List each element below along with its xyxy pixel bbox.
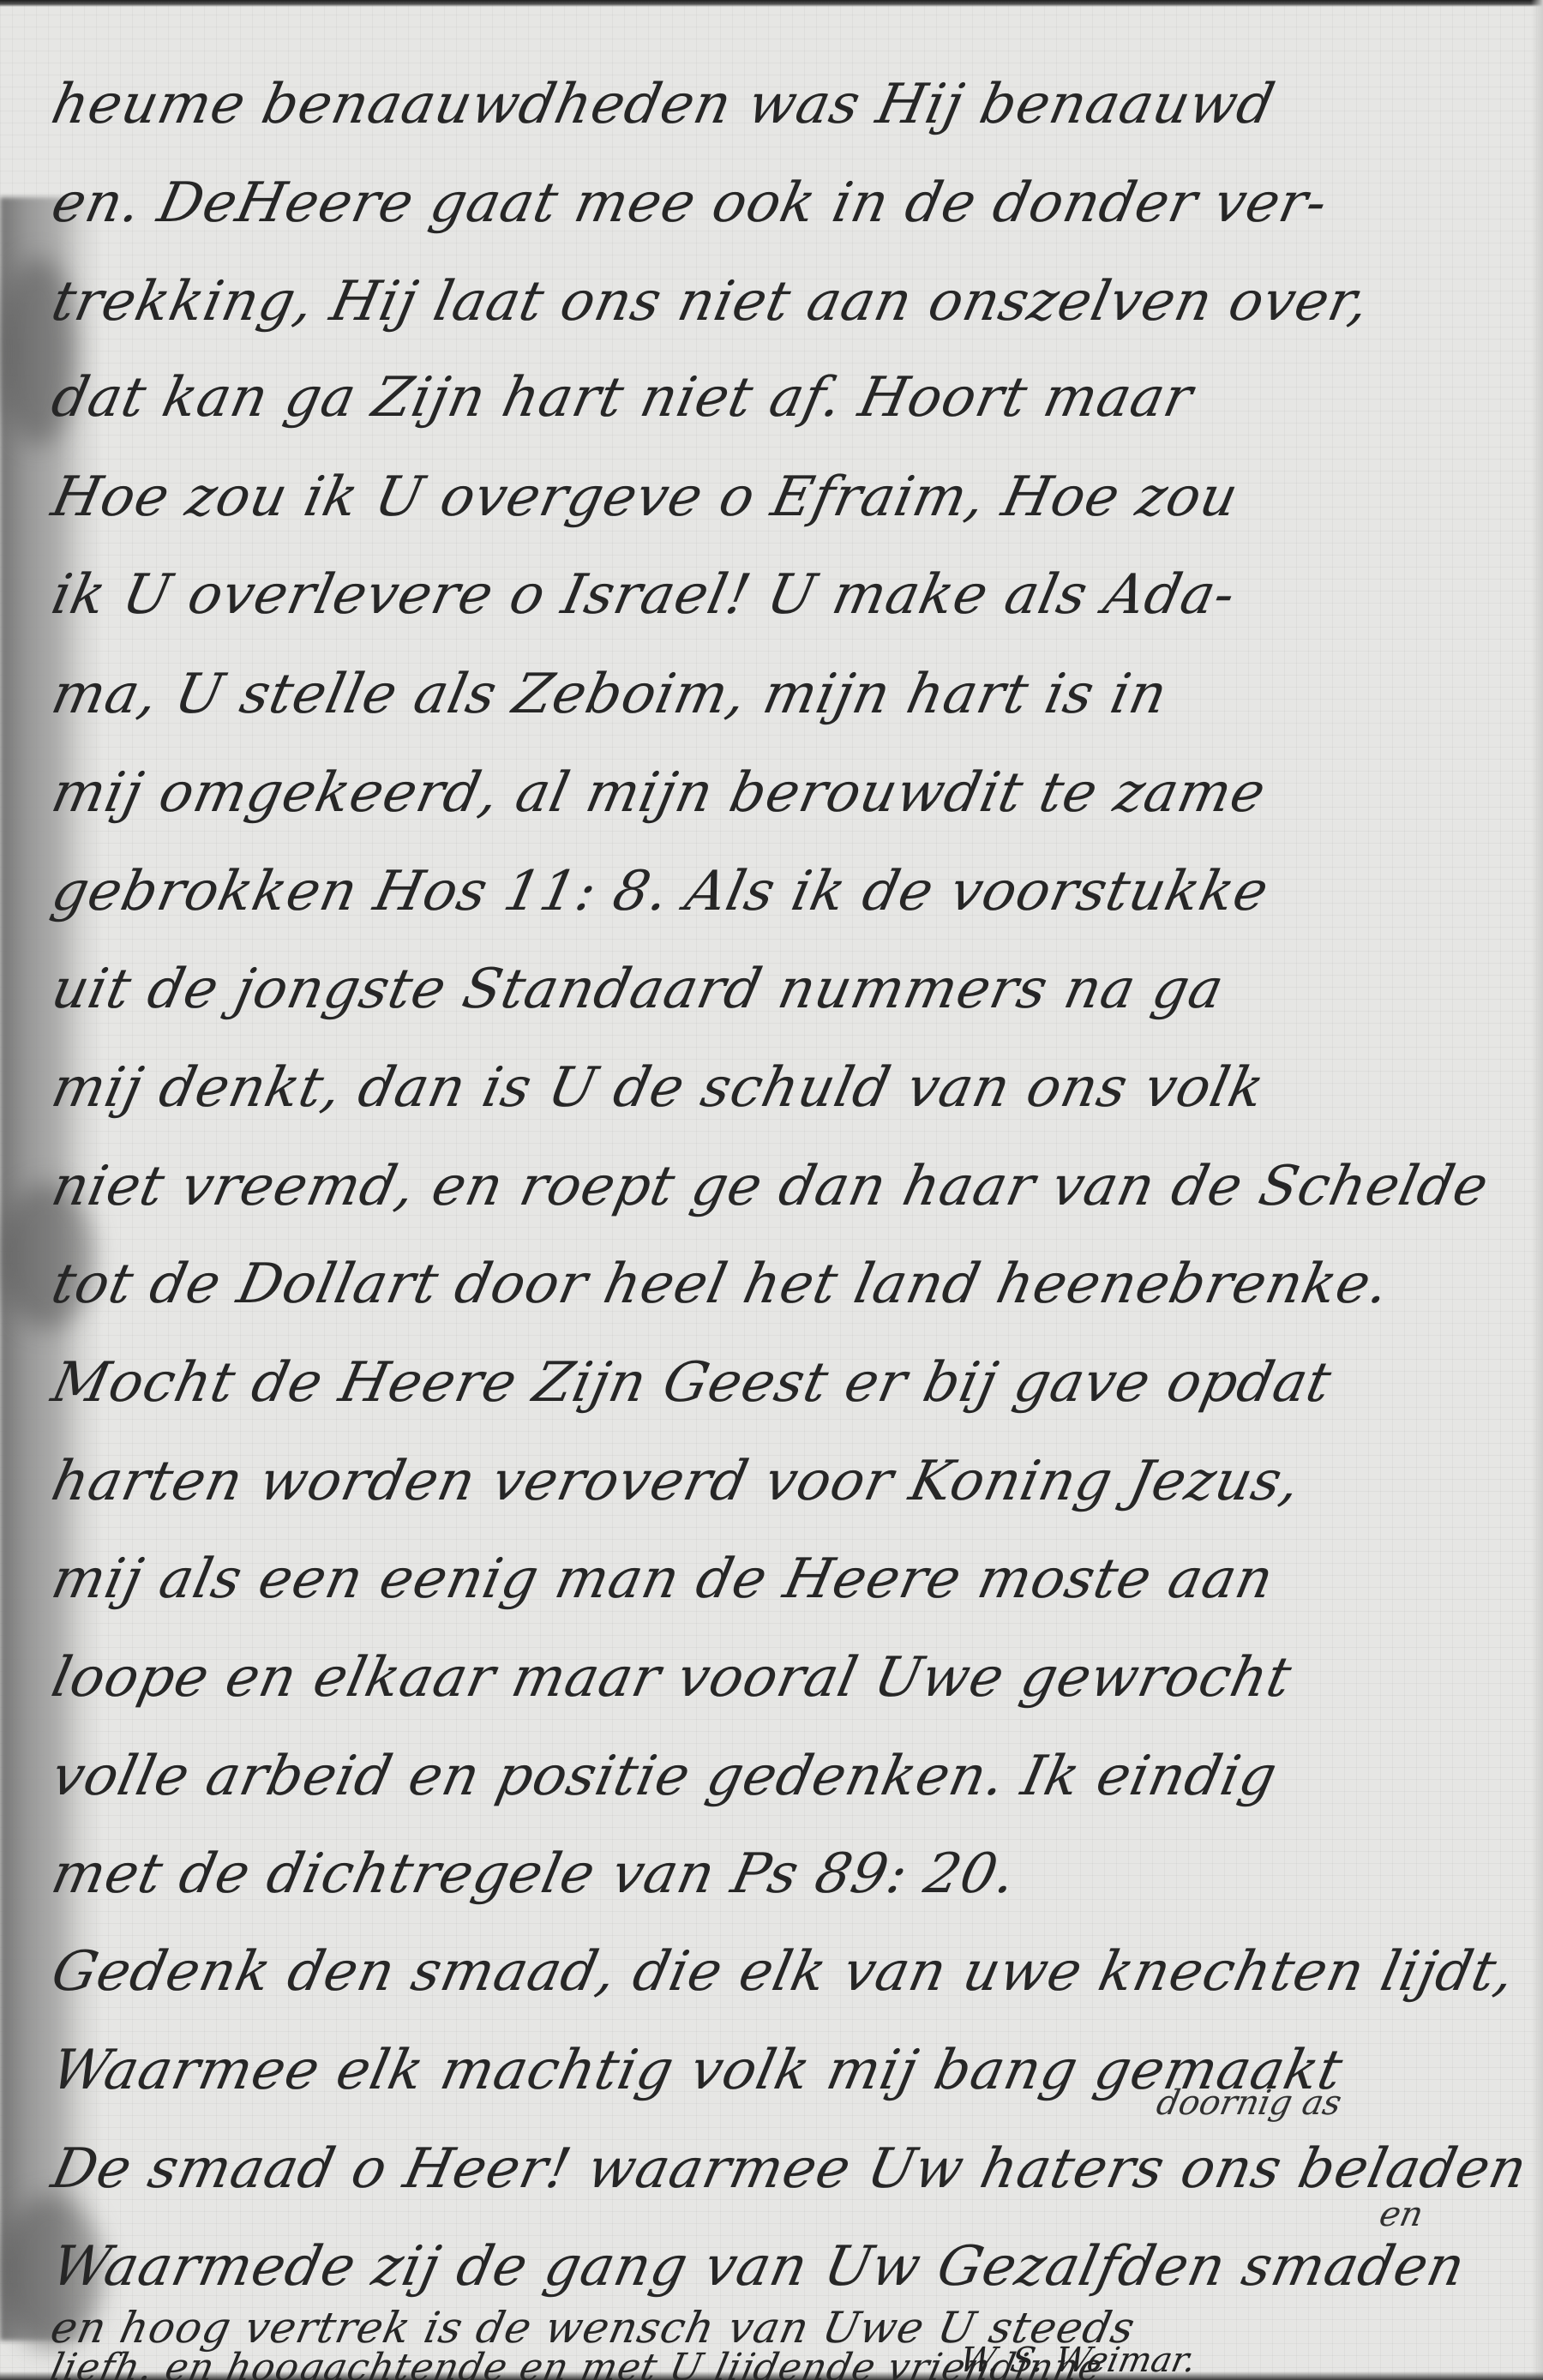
text-line: Mocht de Heere Zijn Geest er bij gave op… xyxy=(47,1355,1336,1410)
text-line: met de dichtregele van Ps 89: 20. xyxy=(47,1847,1021,1902)
text-line: loope en elkaar maar vooral Uwe gewrocht xyxy=(47,1650,1296,1705)
text-line: niet vreemd, en roept ge dan haar van de… xyxy=(47,1159,1493,1214)
text-line: dat kan ga Zijn hart niet af. Hoort maar xyxy=(47,370,1198,425)
text-line: tot de Dollart door heel het land heeneb… xyxy=(47,1257,1394,1312)
handwritten-text: heume benaauwdheden was Hij benaauwd en.… xyxy=(0,0,1543,2380)
interlinear-insertion: doornig as xyxy=(1153,2083,1345,2123)
text-line: mij omgekeerd, al mijn berouwdit te zame xyxy=(47,766,1270,820)
text-line: en. DeHeere gaat mee ook in de donder ve… xyxy=(47,176,1332,231)
text-line: Waarmede zij de gang van Uw Gezalfden sm… xyxy=(47,2239,1470,2294)
text-line: ik U overlevere o Israel! U make als Ada… xyxy=(47,568,1240,622)
text-line: trekking, Hij laat ons niet aan onszelve… xyxy=(47,274,1374,329)
text-line: harten worden veroverd voor Koning Jezus… xyxy=(47,1454,1306,1509)
text-line: uit de jongste Standaard nummers na ga xyxy=(47,962,1228,1017)
text-line: liefh. en hoogachtende en met U lijdende… xyxy=(47,2349,1106,2380)
text-line: Gedenk den smaad, die elk van uwe knecht… xyxy=(47,1944,1520,1999)
text-line: De smaad o Heer! waarmee Uw haters ons b… xyxy=(47,2142,1532,2197)
text-line: volle arbeid en positie gedenken. Ik ein… xyxy=(47,1749,1282,1804)
signature: W. S. Weimar. xyxy=(956,2341,1199,2380)
text-line: Hoe zou ik U overgeve o Efraim, Hoe zou xyxy=(47,470,1243,525)
text-line: heume benaauwdheden was Hij benaauwd xyxy=(47,77,1280,132)
letter-page: heume benaauwdheden was Hij benaauwd en.… xyxy=(0,0,1543,2380)
text-line: gebrokken Hos 11: 8. Als ik de voorstukk… xyxy=(47,864,1274,919)
interlinear-insertion: en xyxy=(1376,2195,1426,2234)
text-line: mij als een eenig man de Heere moste aan xyxy=(47,1552,1278,1607)
text-line: ma, U stelle als Zeboim, mijn hart is in xyxy=(47,667,1172,722)
text-line: mij denkt, dan is U de schuld van ons vo… xyxy=(47,1061,1270,1115)
text-line: Waarmee elk machtig volk mij bang gemaak… xyxy=(47,2043,1348,2098)
